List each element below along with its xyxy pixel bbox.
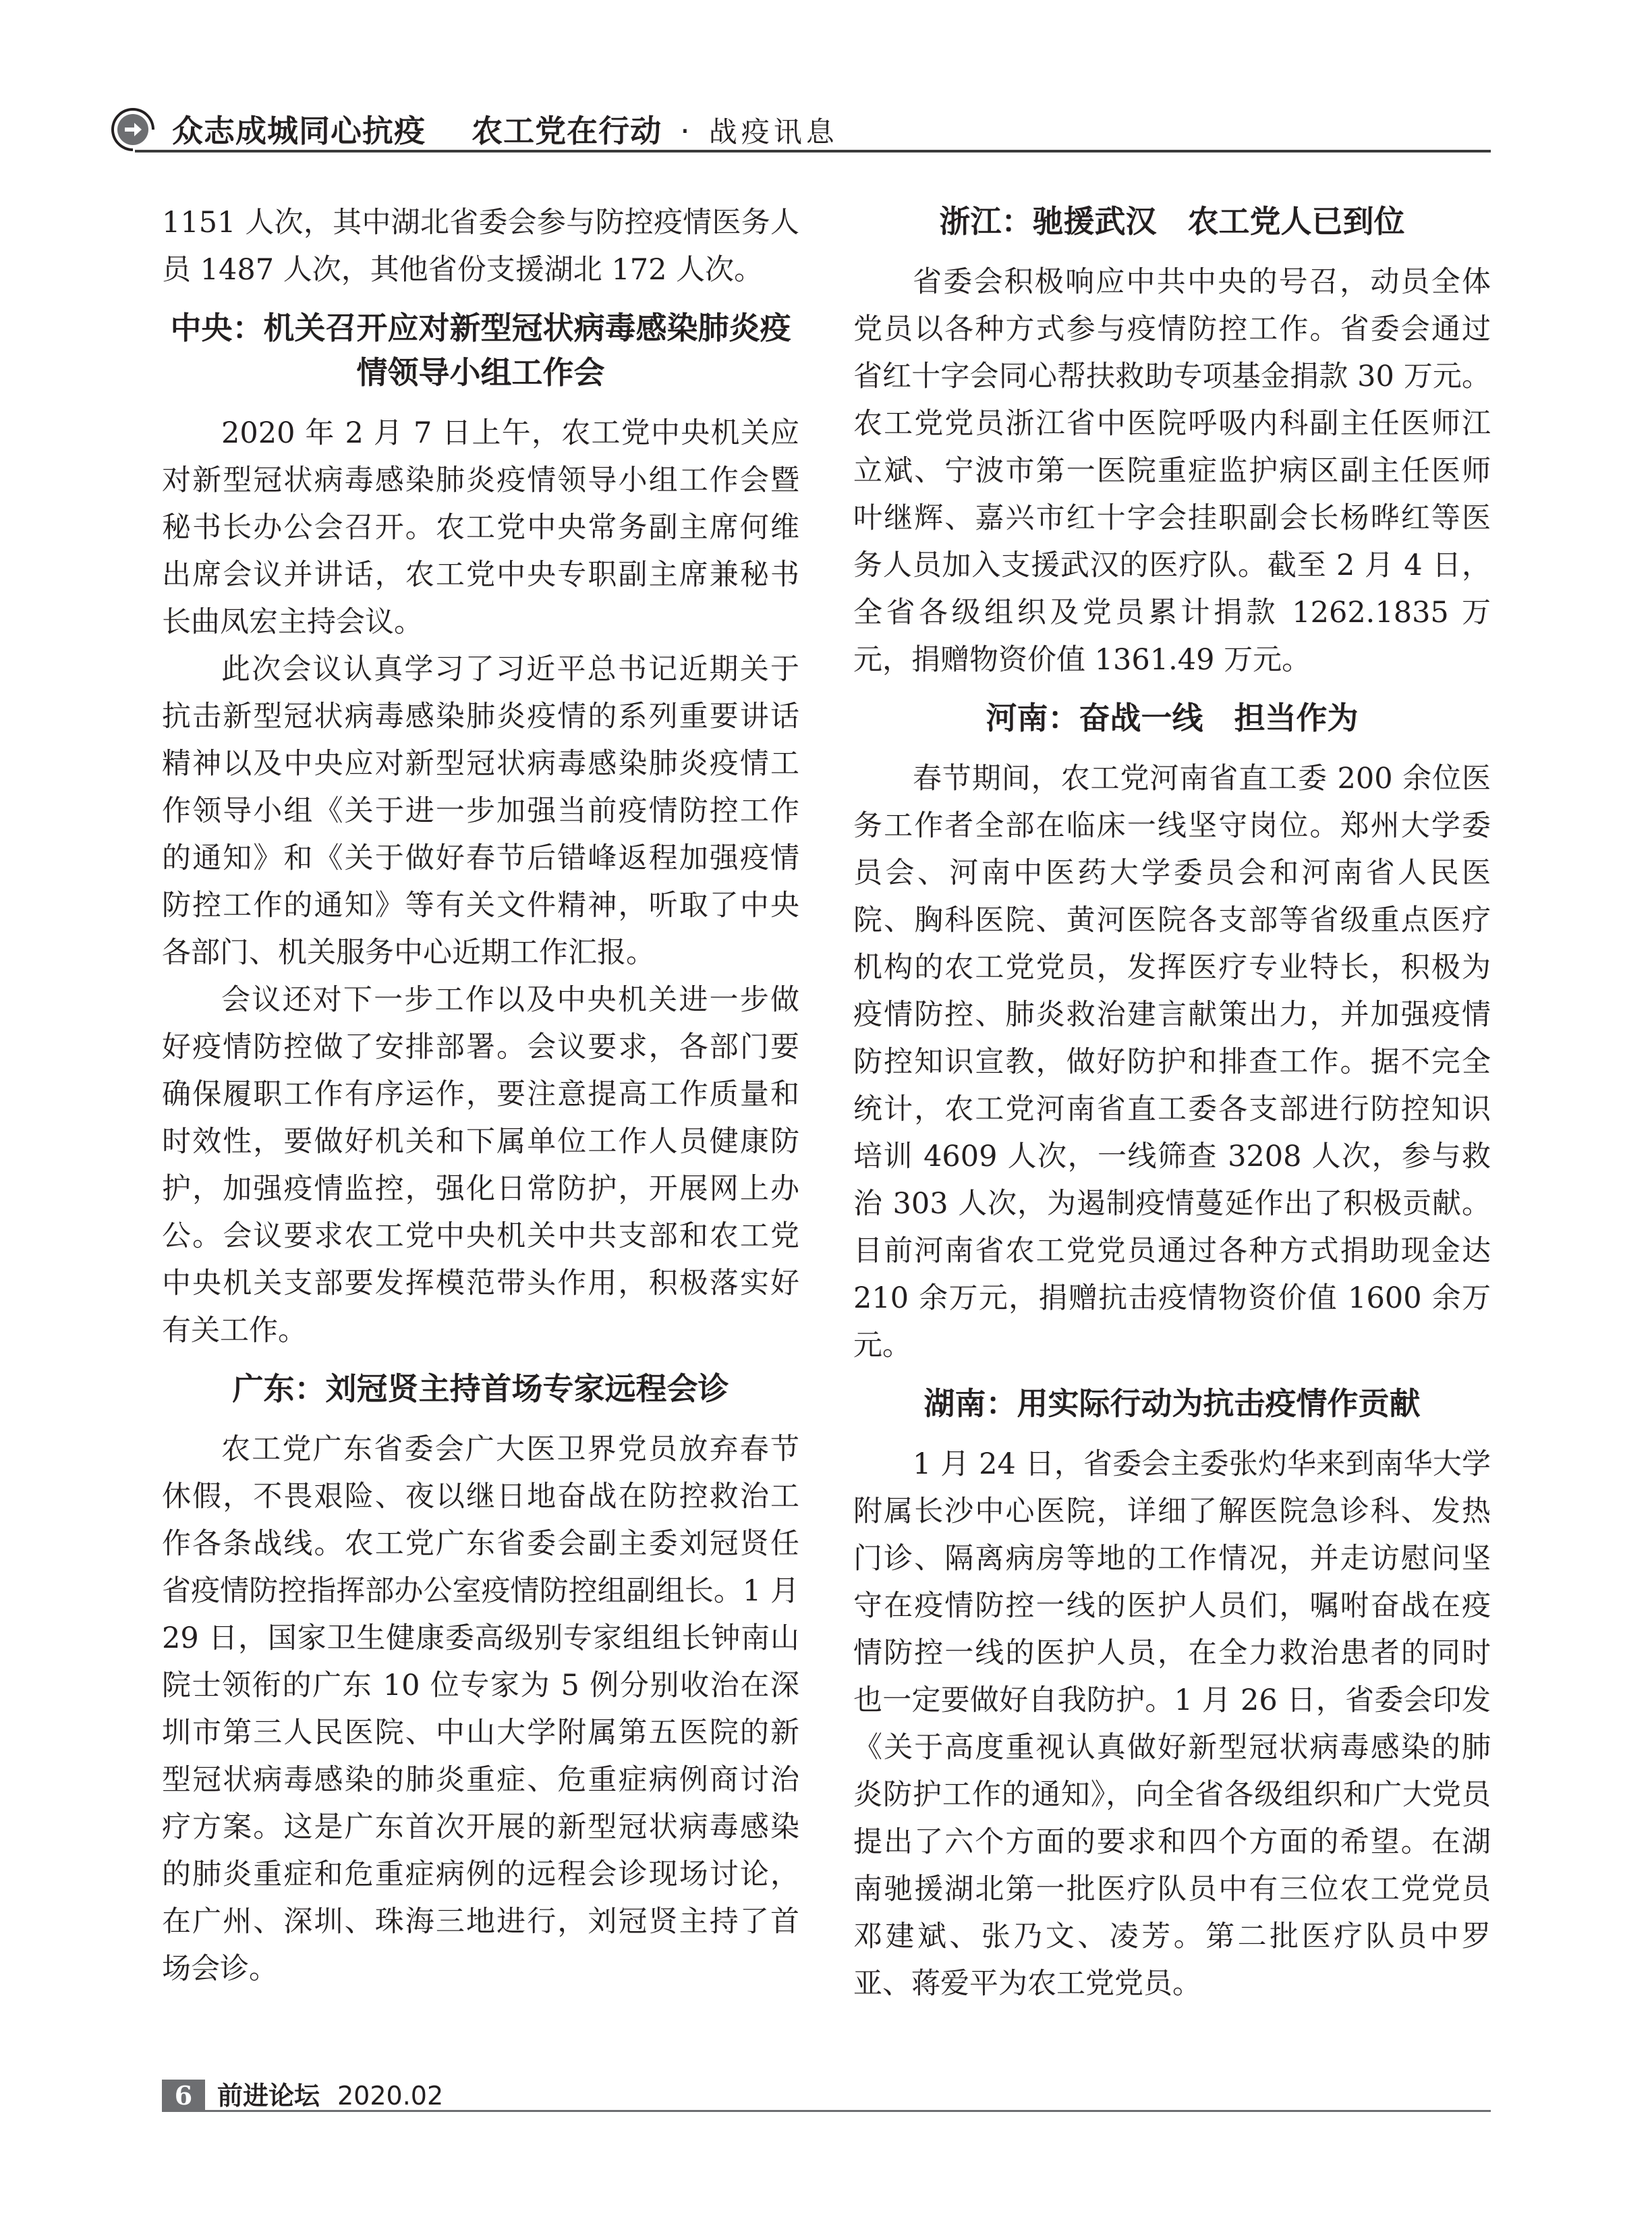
paragraph: 省委会积极响应中共中央的号召，动员全体党员以各种方式参与疫情防控工作。省委会通过… <box>853 258 1491 684</box>
section-heading-guangdong: 广东：刘冠贤主持首场专家远程会诊 <box>162 1366 799 1411</box>
left-column: 1151 人次，其中湖北省委会参与防控疫情医务人员 1487 人次，其他省份支援… <box>162 199 799 1993</box>
section-heading-hunan: 湖南：用实际行动为抗击疫情作贡献 <box>853 1381 1491 1426</box>
page-header: 众志成城同心抗疫 农工党在行动 · 战疫讯息 <box>108 101 1491 155</box>
header-separator: · <box>680 113 691 149</box>
arrow-right-circle-icon <box>117 114 148 145</box>
page-number: 6 <box>162 2080 205 2112</box>
continued-paragraph: 1151 人次，其中湖北省委会参与防控疫情医务人员 1487 人次，其他省份支援… <box>162 199 799 294</box>
paragraph: 农工党广东省委会广大医卫界党员放弃春节休假，不畏艰险、夜以继日地奋战在防控救治工… <box>162 1426 799 1993</box>
header-title-secondary: 农工党在行动 <box>472 113 662 149</box>
page-footer: 6 前进论坛 2020.02 <box>162 2071 1491 2112</box>
header-title-main: 众志成城同心抗疫 <box>172 113 426 149</box>
section-heading-henan: 河南：奋战一线 担当作为 <box>853 696 1491 740</box>
section-heading-zhongyang: 中央：机关召开应对新型冠状病毒感染肺炎疫情领导小组工作会 <box>162 306 799 395</box>
paragraph: 2020 年 2 月 7 日上午，农工党中央机关应对新型冠状病毒感染肺炎疫情领导… <box>162 410 799 646</box>
header-column-name: 战疫讯息 <box>709 115 838 148</box>
running-header-title: 众志成城同心抗疫 农工党在行动 · 战疫讯息 <box>172 107 838 151</box>
paragraph: 此次会议认真学习了习近平总书记近期关于抗击新型冠状病毒感染肺炎疫情的系列重要讲话… <box>162 646 799 976</box>
paragraph: 1 月 24 日，省委会主委张灼华来到南华大学附属长沙中心医院，详细了解医院急诊… <box>853 1441 1491 2007</box>
paragraph: 春节期间，农工党河南省直工委 200 余位医务工作者全部在临床一线坚守岗位。郑州… <box>853 755 1491 1369</box>
issue-number: 2020.02 <box>337 2080 443 2112</box>
right-column: 浙江：驰援武汉 农工党人已到位 省委会积极响应中共中央的号召，动员全体党员以各种… <box>853 199 1491 2007</box>
paragraph: 会议还对下一步工作以及中央机关进一步做好疫情防控做了安排部署。会议要求，各部门要… <box>162 976 799 1354</box>
header-rule <box>135 150 1491 152</box>
footer-rule <box>205 2110 1491 2112</box>
section-heading-zhejiang: 浙江：驰援武汉 农工党人已到位 <box>853 199 1491 244</box>
journal-name: 前进论坛 <box>217 2080 320 2112</box>
